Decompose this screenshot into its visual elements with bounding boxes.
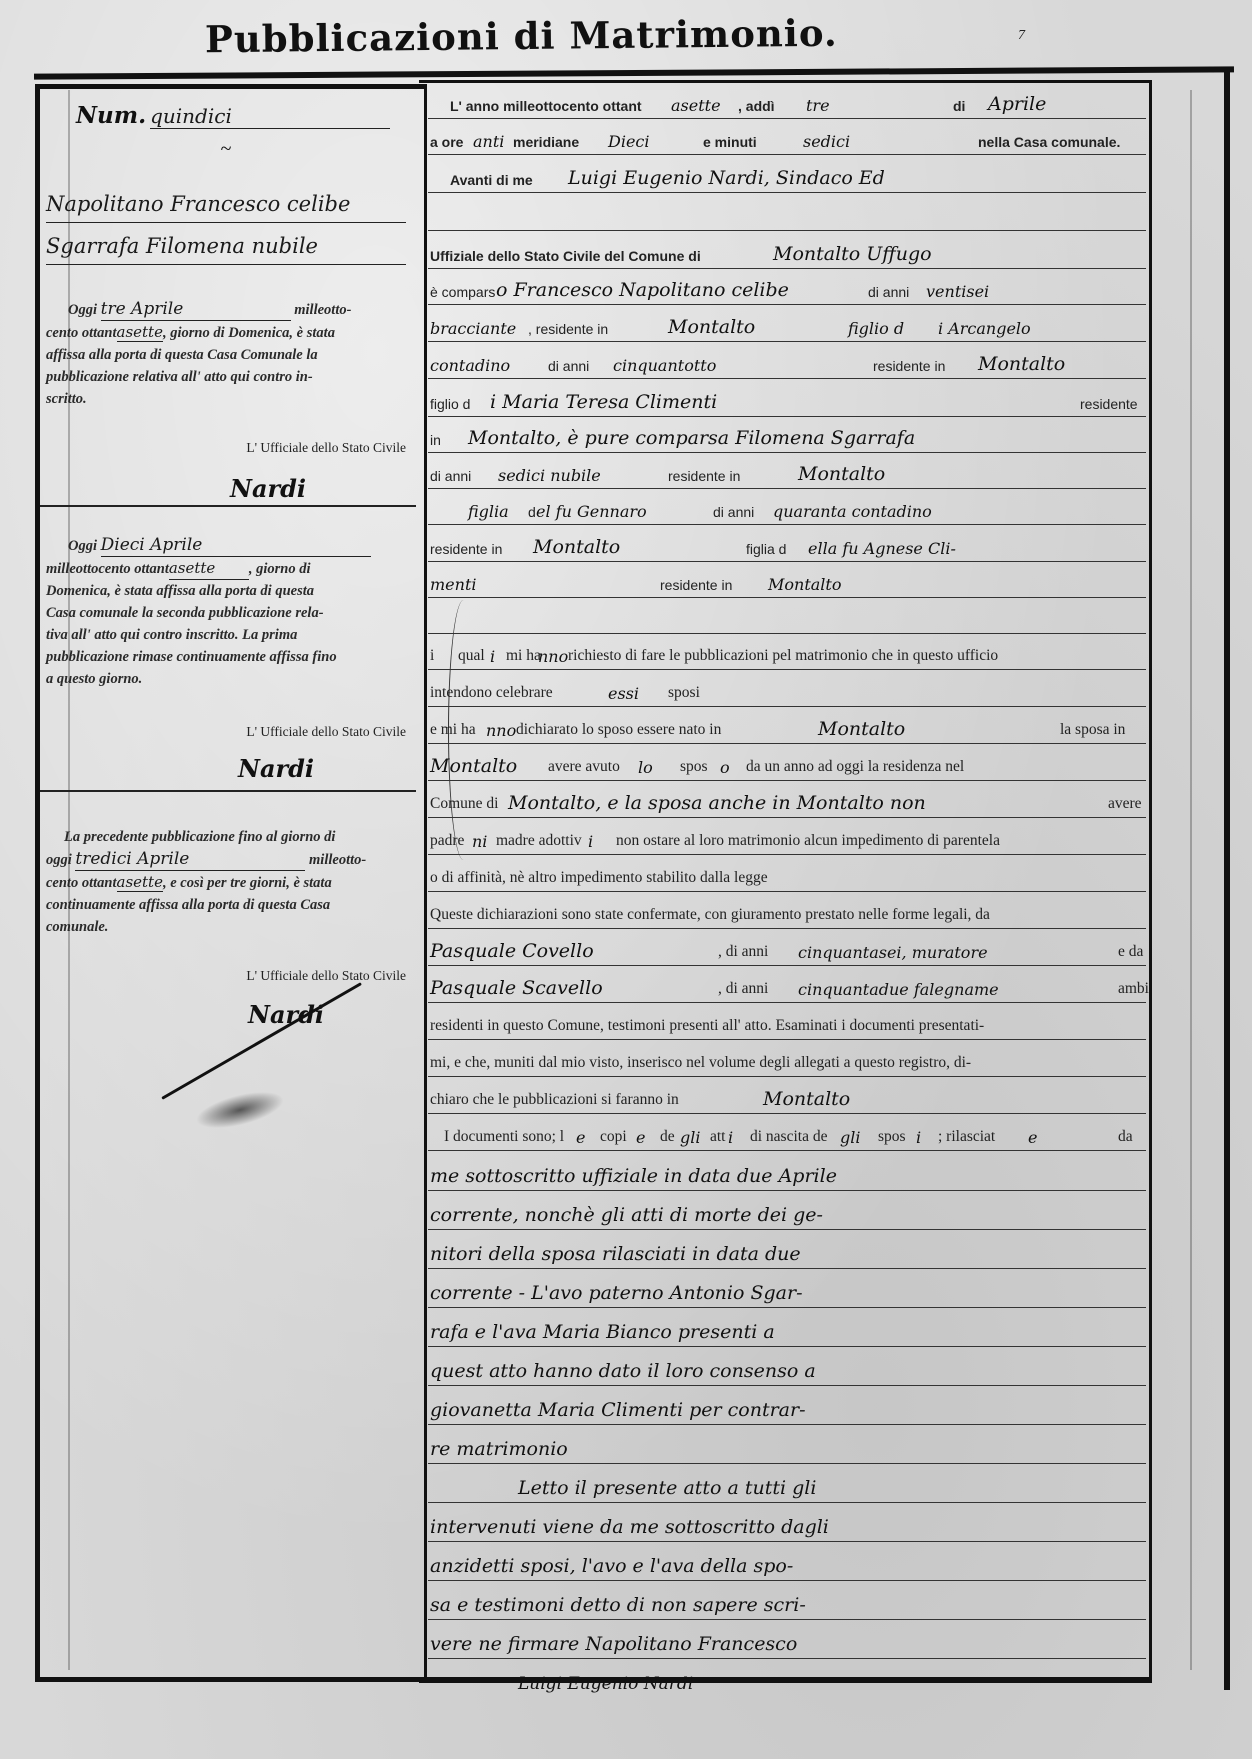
blank-line [428,194,1146,231]
marriage-publication-page: Pubblicazioni di Matrimonio. 7 Num. quin… [0,0,1252,1759]
printed-text: Avanti di me [450,172,533,188]
record-line: a ore anti meridiane Dieci e minuti sedi… [428,118,1146,155]
hand-text: sa e testimoni detto di non sapere scri- [430,1594,806,1616]
text-line: cento ottant [46,325,117,341]
hand-text: rafa e l'ava Maria Bianco presenti a [430,1321,775,1343]
hand-text: corrente - L'avo paterno Antonio Sgar- [430,1282,803,1304]
hand-text: lo [638,758,653,777]
printed-text: figlio d [430,396,470,412]
printed-text: di anni [548,358,589,374]
printed-text: richiesto di fare le pubblicazioni pel m… [568,647,998,665]
printed-text: dichiarato lo sposo essere nato in [516,721,721,739]
record-line: in Montalto, è pure comparsa Filomena Sg… [428,416,1146,453]
month-hand: Aprile [988,93,1046,115]
printed-text: , addì [738,98,775,114]
age-hand: cinquantotto [613,356,716,375]
second-publication-year: asette [169,557,249,580]
residence-hand: Montalto [533,536,620,558]
printed-text: o di affinità, nè altro impedimento stab… [430,869,768,887]
record-line: mi, e che, muniti dal mio visto, inseris… [428,1040,1146,1077]
printed-text: da un anno ad oggi la residenza nel [746,758,964,776]
printed-text: L' anno milleottocento ottant [450,98,642,114]
hand-text: nitori della sposa rilasciati in data du… [430,1243,801,1265]
witness-age-hand: cinquantasei, muratore [798,943,988,962]
day-hand: tre [806,96,830,115]
hand-text: figlia [468,502,509,521]
section-divider [40,505,416,507]
printed-text: copi [600,1128,627,1146]
printed-text: residente [1080,396,1138,412]
publication-place-hand: Montalto [763,1088,850,1110]
hand-text: e [636,1128,645,1147]
residence-hand: Montalto, e la sposa anche in Montalto n… [508,792,926,814]
hand-text: e [1028,1128,1037,1147]
record-line: residenti in questo Comune, testimoni pr… [428,1003,1146,1040]
printed-text: avere [1108,795,1142,813]
hand-text: menti [430,575,477,594]
text-line: Casa comunale la seconda pubblicazione r… [46,602,406,624]
printed-text: de [660,1128,675,1146]
printed-text: e da [1118,943,1143,961]
record-line: Comune di Montalto, e la sposa anche in … [428,781,1146,818]
record-line: Avanti di me Luigi Eugenio Nardi, Sindac… [428,156,1146,193]
hand-text: ni [472,832,487,851]
handwritten-line: rafa e l'ava Maria Bianco presenti a [428,1310,1146,1347]
oggi-label: Oggi [68,302,97,318]
num-label: Num. [76,102,146,129]
officer-label: L' Ufficiale dello Stato Civile [46,724,406,740]
text-line: milleotto- [294,302,351,318]
minutes-hand: sedici [803,132,850,151]
printed-text: , residente in [528,321,608,337]
text-line: milleotto- [309,852,366,868]
printed-text: residente in [668,468,740,484]
age-hand: sedici nubile [498,466,601,485]
printed-text: meridiane [513,134,579,150]
flourish: ~ [46,138,406,161]
record-line: L' anno milleottocento ottant asette , a… [428,82,1146,119]
record-line: o di affinità, nè altro impedimento stab… [428,855,1146,892]
printed-text: avere avuto [548,758,620,776]
record-line: Pasquale Covello , di anni cinquantasei,… [428,929,1146,966]
year-hand: asette [671,96,721,115]
handwritten-line: corrente - L'avo paterno Antonio Sgar- [428,1271,1146,1308]
text-line: Domenica, è stata affissa alla porta di … [46,580,406,602]
blank-line [428,597,1146,634]
closing-signature-line: Luigi Eugenio Nardi [428,1661,1146,1697]
birthplace-hand: Montalto [430,755,517,777]
section-divider [40,790,416,792]
residence-hand: Montalto [798,463,885,485]
printed-text: in [430,432,441,448]
printed-text: d [528,504,536,520]
residence-hand: Montalto [768,575,841,594]
printed-text: residenti in questo Comune, testimoni pr… [430,1017,984,1035]
handwritten-line: sa e testimoni detto di non sapere scri- [428,1583,1146,1620]
witness-age-hand: cinquantadue falegname [798,980,999,999]
printed-text: figlia d [746,541,786,557]
text-line: a questo giorno. [46,668,406,690]
text-line: tiva all' atto qui contro inscritto. La … [46,624,406,646]
printed-text: madre adottiv [496,832,582,850]
hand-text: corrente, nonchè gli atti di morte dei g… [430,1204,823,1226]
printed-text: nella Casa comunale. [978,134,1120,150]
printed-text: spos [680,758,708,776]
occupation-hand: contadino [430,356,510,375]
printed-text: padre [430,832,464,850]
occupation-hand: bracciante [430,319,516,338]
groom-hand: o Francesco Napolitano celibe [496,279,789,301]
printed-text: di anni [713,504,754,520]
text-line: scritto. [46,388,406,410]
printed-text: chiaro che le pubblicazioni si faranno i… [430,1091,679,1109]
printed-text: mi ha [506,647,541,665]
hand-text: giovanetta Maria Climenti per contrar- [430,1399,806,1421]
text-line: La precedente pubblicazione fino al gior… [46,826,406,848]
officer-signature: Nardi [230,474,350,503]
printed-text: di [953,98,965,114]
first-publication-text: Oggi tre Aprile milleotto- cento ottanta… [46,298,406,410]
hand-text: gli [840,1128,860,1147]
record-line: bracciante , residente in Montalto figli… [428,305,1146,342]
handwritten-line: quest atto hanno dato il loro consenso a [428,1349,1146,1386]
bride-name: Sgarrafa Filomena nubile [46,234,406,265]
text-line: cento ottant [46,875,117,891]
handwritten-line: re matrimonio [428,1427,1146,1464]
printed-text: Queste dichiarazioni sono state conferma… [430,906,990,924]
hand-text: i [728,1128,733,1147]
record-line: menti residente in Montalto [428,561,1146,598]
handwritten-line: vere ne firmare Napolitano Francesco [428,1622,1146,1659]
father-name-hand: el fu Gennaro [536,502,647,521]
record-line: intendono celebrare essi sposi [428,670,1146,707]
outer-margin-line [1224,70,1230,1690]
printed-text: di nascita de [750,1128,827,1146]
second-publication-date: Dieci Aprile [101,534,371,557]
record-number: Num. quindici [46,102,406,129]
printed-text: intendono celebrare [430,684,553,702]
oggi-label: Oggi [68,538,97,554]
text-line: e così per tre giorni, è stata [170,875,332,891]
record-line: i qual i mi ha nno richiesto di fare le … [428,633,1146,670]
printed-text: non ostare al loro matrimonio alcun impe… [616,832,1000,850]
record-line: Queste dichiarazioni sono state conferma… [428,892,1146,929]
final-note-year: asette [117,873,163,892]
printed-text: di anni [868,284,909,300]
printed-text: att [710,1128,726,1146]
printed-text: è compars [430,284,495,300]
printed-text: di anni [430,468,471,484]
handwritten-line: giovanetta Maria Climenti per contrar- [428,1388,1146,1425]
mayor-signature: Luigi Eugenio Nardi [518,1674,693,1694]
record-line: figlio d i Maria Teresa Climenti residen… [428,380,1146,417]
printed-text: a ore [430,134,463,150]
hand-text: nno [538,647,568,666]
text-line: comunale. [46,916,406,938]
printed-text: residente in [430,541,502,557]
printed-text: e minuti [703,134,757,150]
record-line: Montalto avere avuto lo spos o da un ann… [428,744,1146,781]
record-line: I documenti sono; l e copi e de gli att … [428,1114,1146,1151]
witness-name-hand: Pasquale Scavello [430,977,603,999]
final-note-date: tredici Aprile [75,848,305,871]
printed-text: i [430,647,434,665]
hand-text: figlio d [848,319,904,338]
hand-text: me sottoscritto uffiziale in data due Ap… [430,1165,837,1187]
first-publication-date: tre Aprile [101,298,291,321]
text-line: giorno di Domenica, è stata [170,325,335,341]
record-line: di anni sedici nubile residente in Monta… [428,452,1146,489]
record-line: contadino di anni cinquantotto residente… [428,342,1146,379]
hand-text: re matrimonio [430,1438,568,1460]
text-line: pubblicazione relativa all' atto qui con… [46,366,406,388]
printed-text: , di anni [718,980,768,998]
witness-name-hand: Pasquale Covello [430,940,594,962]
officer-label: L' Ufficiale dello Stato Civile [46,440,406,456]
faint-ruling [1190,90,1192,1670]
hand-text: essi [608,684,639,703]
handwritten-line: Letto il presente atto a tutti gli [428,1466,1146,1503]
text-line: milleottocento ottant [46,561,169,577]
hand-text: nno [486,721,516,740]
handwritten-line: me sottoscritto uffiziale in data due Ap… [428,1154,1146,1191]
printed-text: residente in [873,358,945,374]
comune-hand: Montalto Uffugo [773,243,932,265]
record-line: Uffiziale dello Stato Civile del Comune … [428,232,1146,269]
birthplace-hand: Montalto [818,718,905,740]
printed-text: I documenti sono; l [444,1128,564,1146]
text-line: continuamente affissa alla porta di ques… [46,894,406,916]
hour-hand: Dieci [608,132,650,151]
text-line: , giorno di [249,561,311,577]
mother-name-hand: i Maria Teresa Climenti [490,391,717,413]
record-line: e mi ha nno dichiarato lo sposo essere n… [428,707,1146,744]
text-line: affissa alla porta di questa Casa Comuna… [46,344,406,366]
bride-hand: Montalto, è pure comparsa Filomena Sgarr… [468,427,915,449]
hand-text: anti [473,132,504,151]
printed-text: la sposa in [1060,721,1125,739]
text-line: pubblicazione rimase continuamente affis… [46,646,406,668]
printed-text: e mi ha [430,721,476,739]
mother-name-hand: ella fu Agnese Cli- [808,539,956,558]
hand-text: e [576,1128,585,1147]
father-name-hand: i Arcangelo [938,319,1031,338]
hand-text: i [916,1128,921,1147]
top-rule [34,66,1234,79]
hand-text: i [588,832,593,851]
page-number-mark: 7 [1018,28,1025,44]
age-occupation-hand: quaranta contadino [773,502,932,521]
hand-text: anzidetti sposi, l'avo e l'ava della spo… [430,1555,793,1577]
hand-text: Letto il presente atto a tutti gli [518,1477,816,1499]
officer-signature: Nardi [238,754,358,783]
printed-text: ambi [1118,980,1149,998]
printed-text: Comune di [430,795,498,813]
age-hand: ventisei [926,282,989,301]
num-value: quindici [150,104,390,129]
printed-text: Uffiziale dello Stato Civile del Comune … [430,248,701,264]
handwritten-line: intervenuti viene da me sottoscritto dag… [428,1505,1146,1542]
hand-text: i [490,647,495,666]
hand-text: quest atto hanno dato il loro consenso a [430,1360,816,1382]
record-line: residente in Montalto figlia d ella fu A… [428,525,1146,562]
hand-text: gli [680,1128,700,1147]
printed-text: residente in [660,577,732,593]
residence-hand: Montalto [978,353,1065,375]
record-line: padre ni madre adottiv i non ostare al l… [428,818,1146,855]
record-line: chiaro che le pubblicazioni si faranno i… [428,1077,1146,1114]
hand-text: intervenuti viene da me sottoscritto dag… [430,1516,829,1538]
first-publication-year: asette [117,323,163,342]
hand-text: vere ne firmare Napolitano Francesco [430,1633,797,1655]
handwritten-line: corrente, nonchè gli atti di morte dei g… [428,1193,1146,1230]
officer-label: L' Ufficiale dello Stato Civile [46,968,406,984]
record-line: Pasquale Scavello , di anni cinquantadue… [428,966,1146,1003]
printed-text: mi, e che, muniti dal mio visto, inseris… [430,1054,971,1072]
printed-text: sposi [668,684,700,702]
printed-text: , di anni [718,943,768,961]
second-publication-text: Oggi Dieci Aprile milleottocento ottanta… [46,534,406,690]
groom-name: Napolitano Francesco celibe [46,192,406,223]
handwritten-line: nitori della sposa rilasciati in data du… [428,1232,1146,1269]
printed-text: qual [458,647,485,665]
record-line: figlia d el fu Gennaro di anni quaranta … [428,488,1146,525]
hand-text: o [720,758,730,777]
residence-hand: Montalto [668,316,755,338]
final-note-text: La precedente pubblicazione fino al gior… [46,826,406,938]
printed-text: ; rilasciat [938,1128,995,1146]
page-title: Pubblicazioni di Matrimonio. [205,11,838,62]
handwritten-line: anzidetti sposi, l'avo e l'ava della spo… [428,1544,1146,1581]
printed-text: spos [878,1128,906,1146]
printed-text: da [1118,1128,1133,1146]
mayor-name-hand: Luigi Eugenio Nardi, Sindaco Ed [568,167,885,189]
oggi-label: oggi [46,852,72,868]
record-line: è compars o Francesco Napolitano celibe … [428,268,1146,305]
